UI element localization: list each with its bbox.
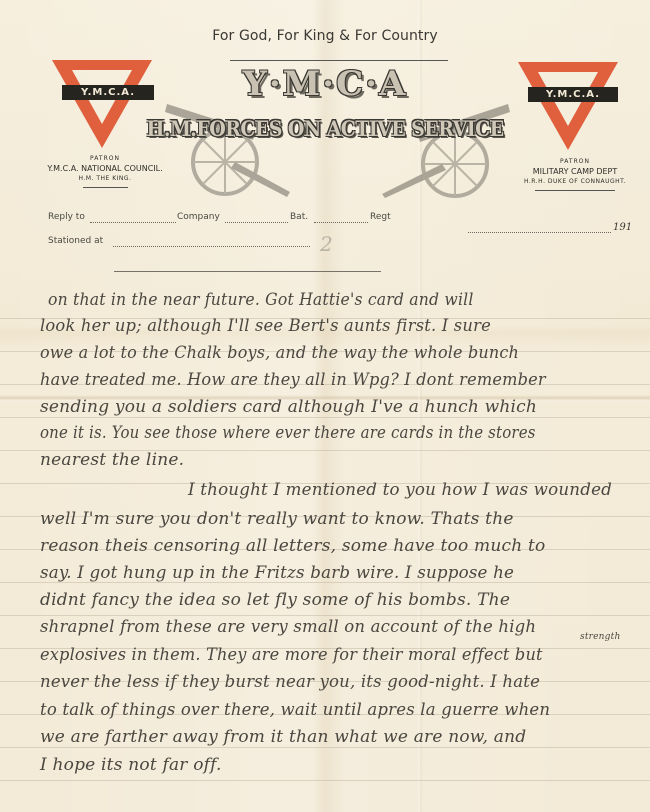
ruled-line: [0, 747, 650, 748]
letterhead-subtitle: H.M.FORCES ON ACTIVE SERVICE: [0, 116, 650, 141]
address-rule: [114, 271, 381, 272]
regt-label: Regt: [370, 212, 391, 222]
ruled-line: [0, 780, 650, 781]
stationed-at-field[interactable]: [113, 246, 310, 247]
date-field[interactable]: [468, 232, 611, 233]
reply-to-field[interactable]: [90, 222, 176, 223]
patron-left: PATRON Y.M.C.A. NATIONAL COUNCIL. H.M. T…: [40, 155, 170, 188]
letter-line: to talk of things over there, wait until…: [40, 700, 550, 720]
patron-left-label: PATRON: [40, 155, 170, 162]
patron-right-rule: [535, 190, 615, 191]
letter-line: never the less if they burst near you, i…: [40, 672, 540, 692]
patron-left-line1: Y.M.C.A. NATIONAL COUNCIL.: [40, 164, 170, 173]
bat-label: Bat.: [290, 212, 308, 222]
patron-right-line1: MILITARY CAMP DEPT: [500, 167, 650, 176]
year-prefix: 191: [613, 222, 632, 233]
patron-left-line2: H.M. THE KING.: [40, 175, 170, 182]
letter-line: reason theis censoring all letters, some…: [40, 536, 545, 556]
cannon-icon-right: [370, 92, 510, 202]
letterhead-title: Y·M·C·A: [0, 64, 650, 104]
letter-annotation: strength: [580, 632, 620, 642]
letter-line: say. I got hung up in the Fritzs barb wi…: [40, 563, 514, 583]
letter-line: nearest the line.: [40, 450, 184, 470]
letter-line: didnt fancy the idea so let fly some of …: [40, 590, 510, 610]
letter-line: I hope its not far off.: [40, 755, 222, 775]
letter-line: on that in the near future. Got Hattie's…: [48, 290, 474, 310]
bat-field[interactable]: [314, 222, 368, 223]
company-field[interactable]: [225, 222, 288, 223]
patron-right: PATRON MILITARY CAMP DEPT H.R.H. DUKE OF…: [500, 158, 650, 191]
letter-line: have treated me. How are they all in Wpg…: [40, 370, 546, 390]
letter-line: explosives in them. They are more for th…: [40, 645, 543, 665]
letter-line: well I'm sure you don't really want to k…: [40, 509, 514, 529]
letter-line: owe a lot to the Chalk boys, and the way…: [40, 343, 519, 363]
patron-right-line2: H.R.H. DUKE OF CONNAUGHT.: [500, 178, 650, 185]
company-label: Company: [177, 212, 220, 222]
letter-line: we are farther away from it than what we…: [40, 727, 526, 747]
letter-line: I thought I mentioned to you how I was w…: [188, 480, 612, 500]
letterhead-motto: For God, For King & For Country: [0, 28, 650, 44]
ruled-line: [0, 417, 650, 418]
page-number: 2: [320, 232, 333, 256]
ruled-line: [0, 615, 650, 616]
letter-line: shrapnel from these are very small on ac…: [40, 617, 536, 637]
stationed-at-label: Stationed at: [48, 236, 103, 246]
patron-right-label: PATRON: [500, 158, 650, 165]
letter-line: sending you a soldiers card although I'v…: [40, 397, 537, 417]
patron-left-rule: [83, 187, 128, 188]
motto-underline: [230, 60, 448, 61]
reply-to-label: Reply to: [48, 212, 85, 222]
cannon-icon-left: [165, 92, 295, 202]
letter-line: one it is. You see those where ever ther…: [40, 423, 536, 443]
letter-line: look her up; although I'll see Bert's au…: [40, 316, 491, 336]
